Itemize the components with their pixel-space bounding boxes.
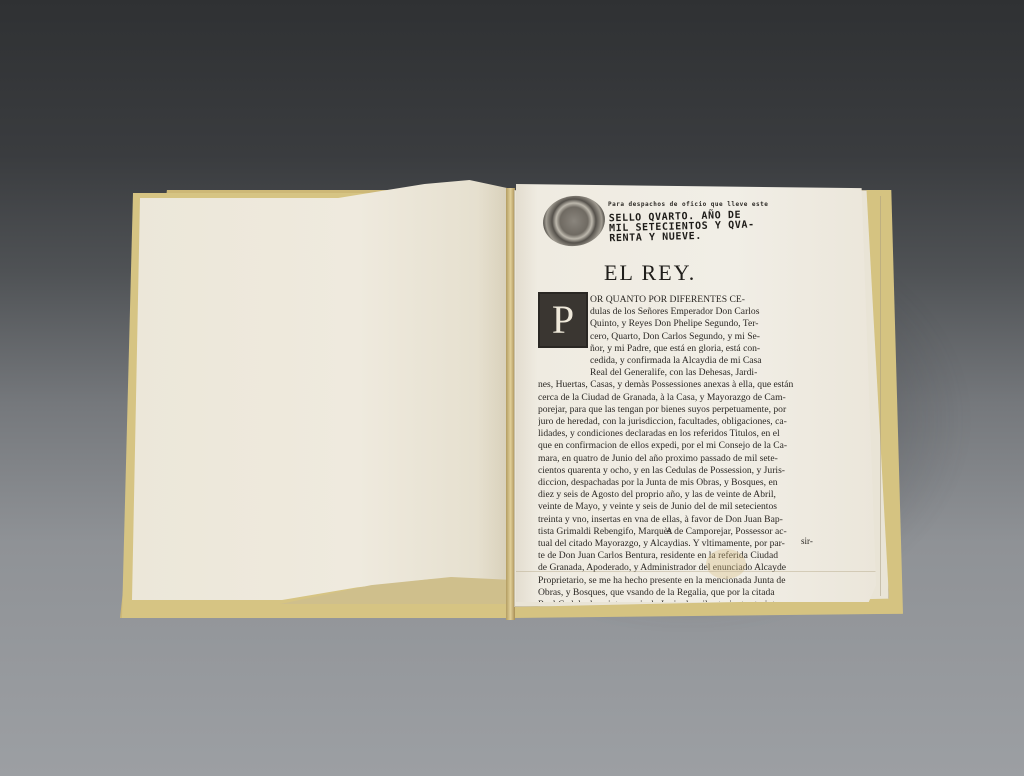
sello-quarto-stamp: SELLO QVARTO. AÑO DE MIL SETECIENTOS Y Q… [609,208,860,245]
body-line: diez y seis de Agosto del proprio año, y… [538,489,854,501]
body-line: Real Cedula de veinte y seis de Junio de… [538,599,854,602]
printed-decree-page: Para despachos de oficio que lleve este … [516,184,876,602]
body-line: lidades, y condiciones declaradas en los… [538,428,854,440]
body-line: Proprietario, se me ha hecho presente en… [538,575,854,587]
body-line: cientos quarenta y ocho, y en las Cedula… [538,465,854,477]
decree-title: EL REY. [604,260,696,286]
body-line: nes, Huertas, Casas, y demàs Possessione… [538,379,854,391]
photo-scene: Para despachos de oficio que lleve este … [0,0,1024,776]
signature-mark: A [666,526,673,536]
body-line: Obras, y Bosques, que vsando de la Regal… [538,587,854,599]
decorated-initial-p: P [538,292,588,348]
royal-seal-stamp-icon [540,192,608,250]
blank-left-page [132,180,507,600]
body-line: treinta y vno, insertas en vna de ellas,… [538,514,854,526]
body-line: porejar, para que las tengan por bienes … [538,404,854,416]
body-line: juro de heredad, con la jurisdiccion, fa… [538,416,854,428]
body-line: cedida, y confirmada la Alcaydia de mi C… [538,355,854,367]
stamp-caption: Para despachos de oficio que lleve este [608,201,768,208]
body-line: que en confirmacion de ellos expedi, por… [538,440,854,452]
body-line: mara, en quatro de Junio del año proximo… [538,453,854,465]
body-line: te de Don Juan Carlos Bentura, residente… [538,550,854,562]
book-spine-gutter [506,188,515,620]
catchword: sir- [801,536,813,546]
paper-foxing-stain [706,549,746,579]
body-line: diccion, despachadas por la Junta de mis… [538,477,854,489]
body-line: de Granada, Apoderado, y Administrador d… [538,562,854,574]
body-line: Real del Generalife, con las Dehesas, Ja… [538,367,854,379]
body-line: veinte de Mayo, y veinte y seis de Junio… [538,501,854,513]
body-line: cerca de la Ciudad de Granada, à la Casa… [538,392,854,404]
